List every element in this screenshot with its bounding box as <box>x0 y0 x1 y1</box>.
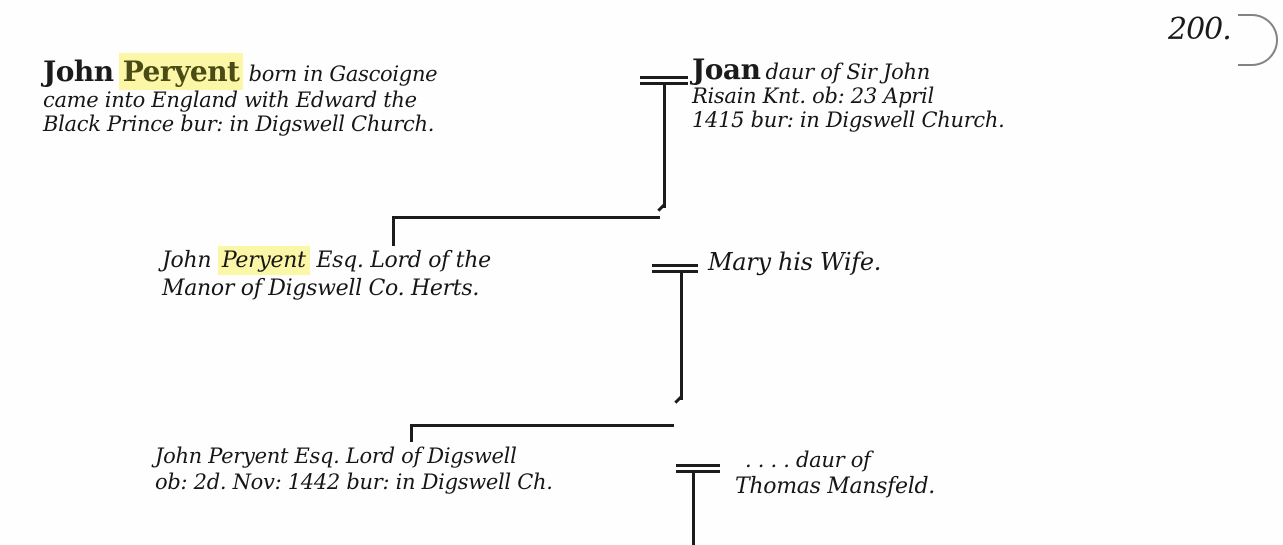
gen3-husband-line2: ob: 2d. Nov: 1442 bur: in Digswell Ch. <box>155 472 553 496</box>
gen2-marriage-line-bottom <box>652 270 698 273</box>
gen1-husband-surname-highlight[interactable]: Peryent <box>119 53 244 90</box>
gen3-marriage-line-bottom <box>676 470 720 473</box>
gen1-wife-given-name: Joan <box>692 53 760 86</box>
gen2-husband-entry: John Peryent Esq. Lord of the Manor of D… <box>162 250 491 302</box>
gen3-wife-line1: . . . . daur of <box>735 450 935 476</box>
gen1-husband-line3: Black Prince bur: in Digswell Church. <box>43 114 437 138</box>
gen1-husband-given-name: John <box>43 55 114 88</box>
gen3-husband-line1: John Peryent Esq. Lord of Digswell <box>155 446 553 472</box>
gen1-wife-line3: 1415 bur: in Digswell Church. <box>692 110 1005 134</box>
gen1-husband-line2: came into England with Edward the <box>43 90 437 114</box>
gen1-descent-vertical <box>663 84 666 208</box>
gen2-husband-surname-highlight[interactable]: Peryent <box>218 246 310 275</box>
gen2-wife-entry: Mary his Wife. <box>708 250 881 274</box>
page-number-flourish <box>1238 14 1278 66</box>
gen3-descent-vertical <box>692 472 695 545</box>
gen2-husband-line2: Manor of Digswell Co. Herts. <box>162 278 491 302</box>
gen1-wife-entry: Joan daur of Sir John Risain Knt. ob: 23… <box>692 56 1005 134</box>
gen2-husband-given-name: John <box>162 248 211 273</box>
gen1-wife-parent-text: daur of Sir John <box>766 60 930 84</box>
gen2-husband-title: Esq. Lord of the <box>316 248 490 273</box>
gen2-descent-vertical <box>680 272 683 400</box>
gen1-husband-entry: John Peryent born in Gascoigne came into… <box>43 58 437 138</box>
gen1-descent-drop <box>392 216 395 246</box>
gen1-descent-horizontal <box>392 216 660 219</box>
gen2-marriage-line-top <box>652 264 698 267</box>
gen2-descent-horizontal <box>410 424 674 427</box>
gen3-husband-entry: John Peryent Esq. Lord of Digswell ob: 2… <box>155 446 553 496</box>
gen3-wife-entry: . . . . daur of Thomas Mansfeld. <box>735 450 935 500</box>
gen2-descent-drop <box>410 424 413 442</box>
gen1-husband-birth-text: born in Gascoigne <box>249 62 438 86</box>
gen3-marriage-line-top <box>676 464 720 467</box>
gen2-wife-line1: Mary his Wife. <box>708 250 881 274</box>
gen3-wife-line2: Thomas Mansfeld. <box>735 476 935 500</box>
gen1-marriage-line-top <box>640 76 688 79</box>
page-number: 200. <box>1168 12 1231 47</box>
gen1-wife-line2: Risain Knt. ob: 23 April <box>692 86 1005 110</box>
genealogy-page: 200. John Peryent born in Gascoigne came… <box>0 0 1283 545</box>
